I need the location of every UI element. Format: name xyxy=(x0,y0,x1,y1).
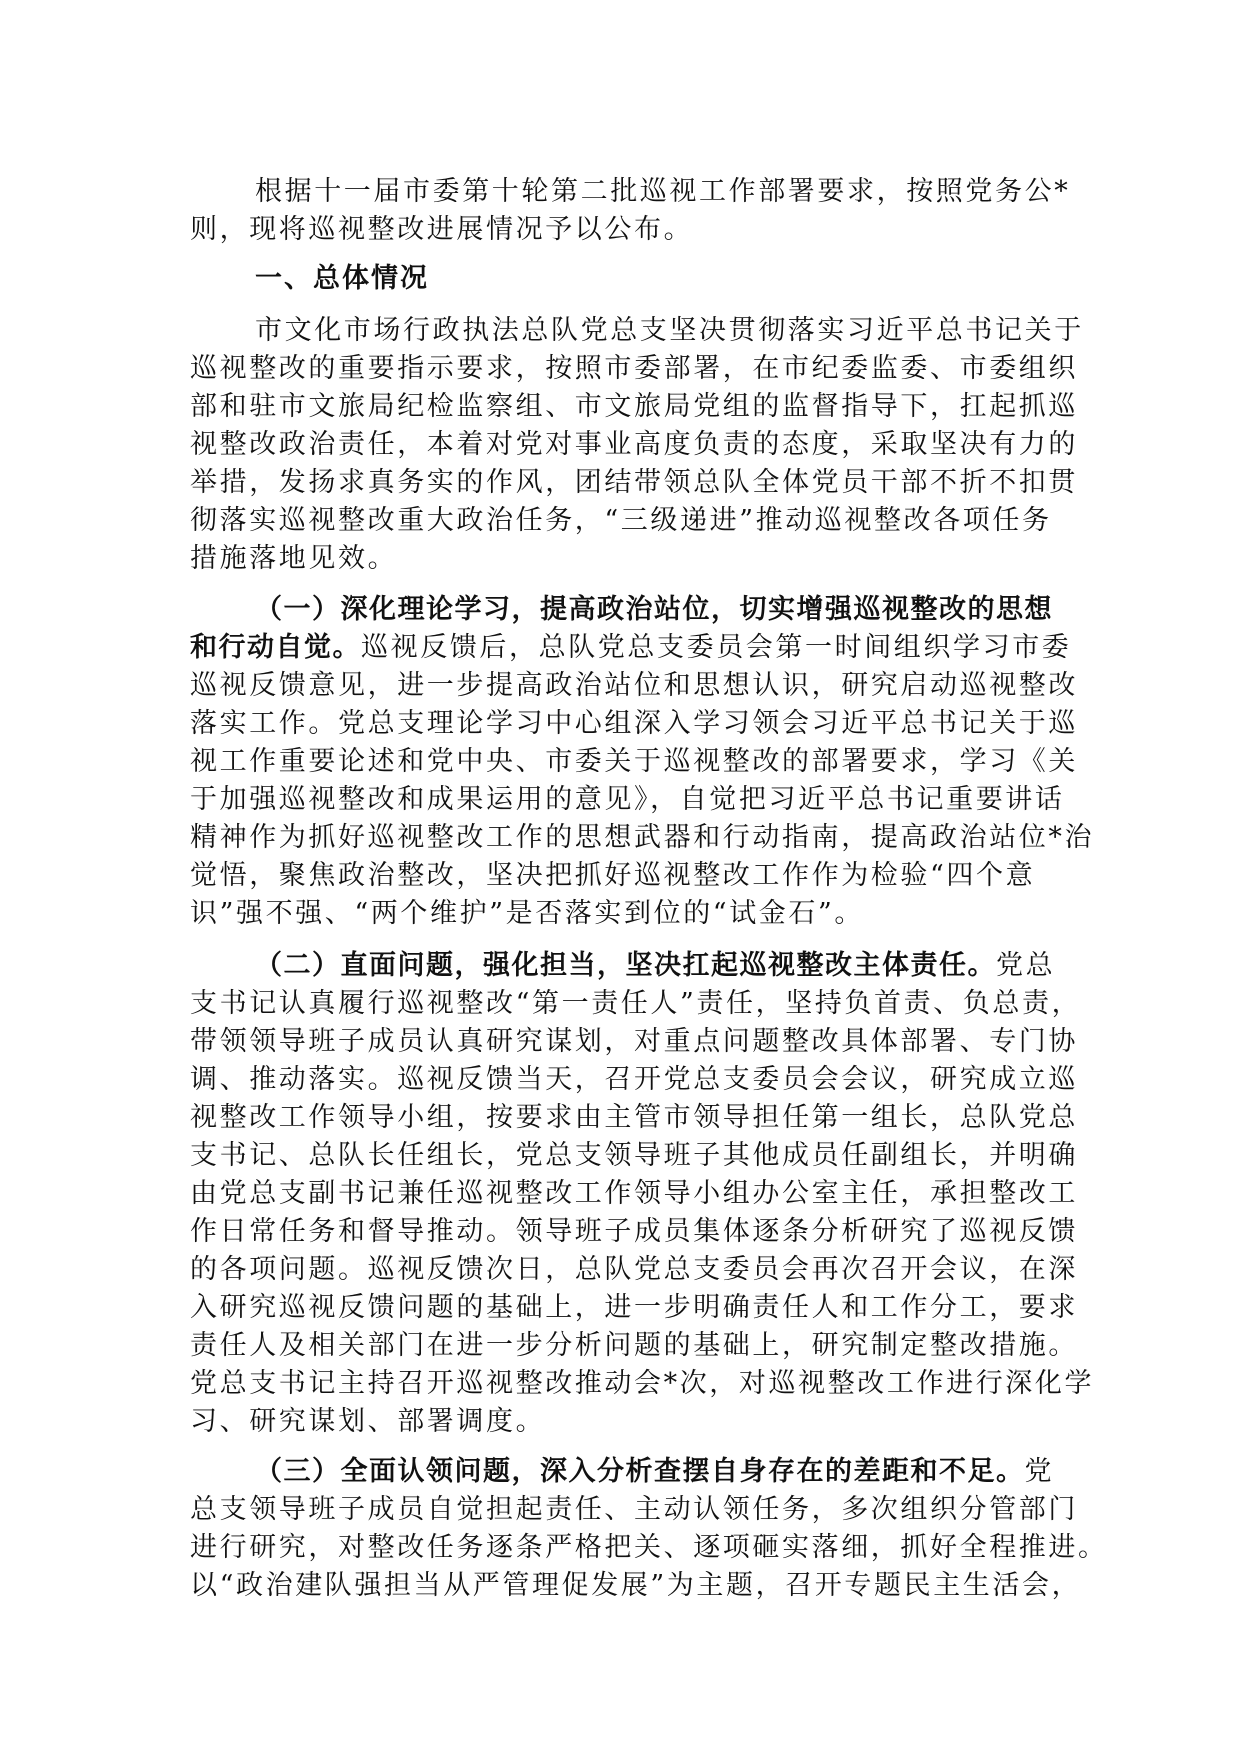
paragraph-line: 视工作重要论述和党中央、市委关于巡视整改的部署要求，学习《关 xyxy=(190,743,1050,781)
paragraph-line: 巡视反馈意见，进一步提高政治站位和思想认识，研究启动巡视整改 xyxy=(190,667,1050,705)
intro-line-1: 根据十一届市委第十轮第二批巡视工作部署要求，按照党务公* xyxy=(255,173,1055,211)
subsection-2-title: （二）直面问题，强化担当，坚决扛起巡视整改主体责任。 xyxy=(255,950,996,981)
paragraph-line: 的各项问题。巡视反馈次日，总队党总支委员会再次召开会议，在深 xyxy=(190,1251,1050,1289)
subsection-1-title-end: 和行动自觉。 xyxy=(190,632,361,663)
paragraph-line: 党总支书记主持召开巡视整改推动会*次，对巡视整改工作进行深化学 xyxy=(190,1365,1050,1403)
paragraph-line: 支书记、总队长任组长，党总支领导班子其他成员任副组长，并明确 xyxy=(190,1137,1050,1175)
subsection-1-title-line: （一）深化理论学习，提高政治站位，切实增强巡视整改的思想 xyxy=(255,591,1055,629)
paragraph-line: 于加强巡视整改和成果运用的意见》，自觉把习近平总书记重要讲话 xyxy=(190,781,1050,819)
paragraph-line: 市文化市场行政执法总队党总支坚决贯彻落实习近平总书记关于 xyxy=(255,312,1055,350)
paragraph-line: 觉悟，聚焦政治整改，坚决把抓好巡视整改工作作为检验“四个意 xyxy=(190,857,1050,895)
subsection-3-body-start: 党 xyxy=(1025,1456,1055,1487)
subsection-1-line: 和行动自觉。巡视反馈后，总队党总支委员会第一时间组织学习市委 xyxy=(190,629,1050,667)
paragraph-line: 巡视整改的重要指示要求，按照市委部署，在市纪委监委、市委组织 xyxy=(190,350,1050,388)
paragraph-line: 带领领导班子成员认真研究谋划，对重点问题整改具体部署、专门协 xyxy=(190,1023,1050,1061)
paragraph-line: 支书记认真履行巡视整改“第一责任人”责任，坚持负首责、负总责， xyxy=(190,985,1050,1023)
subsection-1-body-start: 巡视反馈后，总队党总支委员会第一时间组织学习市委 xyxy=(361,632,1071,663)
paragraph-line: 作日常任务和督导推动。领导班子成员集体逐条分析研究了巡视反馈 xyxy=(190,1213,1050,1251)
paragraph-line: 调、推动落实。巡视反馈当天，召开党总支委员会会议，研究成立巡 xyxy=(190,1061,1050,1099)
paragraph-line: 入研究巡视反馈问题的基础上，进一步明确责任人和工作分工，要求 xyxy=(190,1289,1050,1327)
subsection-2-body-start: 党总 xyxy=(996,950,1055,981)
paragraph-line: 视整改工作领导小组，按要求由主管市领导担任第一组长，总队党总 xyxy=(190,1099,1050,1137)
paragraph-line: 责任人及相关部门在进一步分析问题的基础上，研究制定整改措施。 xyxy=(190,1327,1050,1365)
paragraph-line: 进行研究，对整改任务逐条严格把关、逐项砸实落细，抓好全程推进。 xyxy=(190,1529,1050,1567)
paragraph-line: 视整改政治责任，本着对党对事业高度负责的态度，采取坚决有力的 xyxy=(190,426,1050,464)
paragraph-line: 彻落实巡视整改重大政治任务，“三级递进”推动巡视整改各项任务 xyxy=(190,502,1050,540)
paragraph-line: 落实工作。党总支理论学习中心组深入学习领会习近平总书记关于巡 xyxy=(190,705,1050,743)
document-page: 根据十一届市委第十轮第二批巡视工作部署要求，按照党务公* 则，现将巡视整改进展情… xyxy=(0,0,1240,1754)
subsection-1-title: （一）深化理论学习，提高政治站位，切实增强巡视整改的思想 xyxy=(255,594,1053,625)
subsection-3-title: （三）全面认领问题，深入分析查摆自身存在的差距和不足。 xyxy=(255,1456,1025,1487)
paragraph-line: 以“政治建队强担当从严管理促发展”为主题，召开专题民主生活会， xyxy=(190,1567,1050,1605)
paragraph-line: 措施落地见效。 xyxy=(190,540,1050,578)
paragraph-line: 习、研究谋划、部署调度。 xyxy=(190,1403,1050,1441)
intro-line-2: 则，现将巡视整改进展情况予以公布。 xyxy=(190,211,1050,249)
subsection-3-title-line: （三）全面认领问题，深入分析查摆自身存在的差距和不足。党 xyxy=(255,1453,1055,1491)
paragraph-line: 总支领导班子成员自觉担起责任、主动认领任务，多次组织分管部门 xyxy=(190,1491,1050,1529)
paragraph-line: 精神作为抓好巡视整改工作的思想武器和行动指南，提高政治站位*治 xyxy=(190,819,1050,857)
subsection-2-title-line: （二）直面问题，强化担当，坚决扛起巡视整改主体责任。党总 xyxy=(255,947,1055,985)
paragraph-line: 由党总支副书记兼任巡视整改工作领导小组办公室主任，承担整改工 xyxy=(190,1175,1050,1213)
section-heading-overview: 一、总体情况 xyxy=(255,259,429,299)
paragraph-line: 识”强不强、“两个维护”是否落实到位的“试金石”。 xyxy=(190,895,1050,933)
paragraph-line: 举措，发扬求真务实的作风，团结带领总队全体党员干部不折不扣贯 xyxy=(190,464,1050,502)
paragraph-line: 部和驻市文旅局纪检监察组、市文旅局党组的监督指导下，扛起抓巡 xyxy=(190,388,1050,426)
